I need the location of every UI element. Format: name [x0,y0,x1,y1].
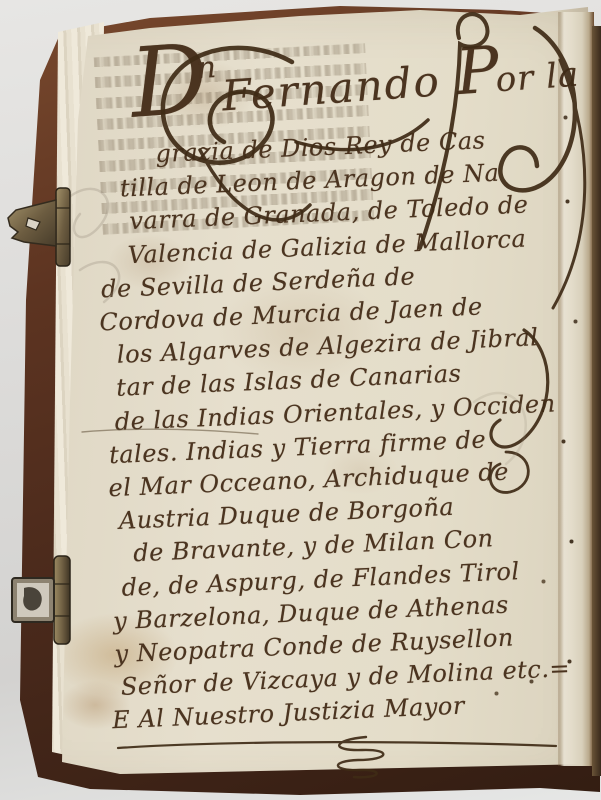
heading-don-superscript: n [196,50,218,86]
top-clasp [2,186,76,270]
manuscript-text: grazia de Dios Rey de Cas tilla de Leon … [60,121,597,740]
photograph-of-manuscript: D n Fernando P or la grazia de Dios Rey … [0,0,601,800]
clasp-hinge-plate [56,188,70,266]
heading-phrase-rest: or la [494,55,580,101]
clasp-hinge-barrel [54,556,70,644]
heading-phrase-capital: P [454,45,501,99]
bottom-clasp [6,554,78,646]
